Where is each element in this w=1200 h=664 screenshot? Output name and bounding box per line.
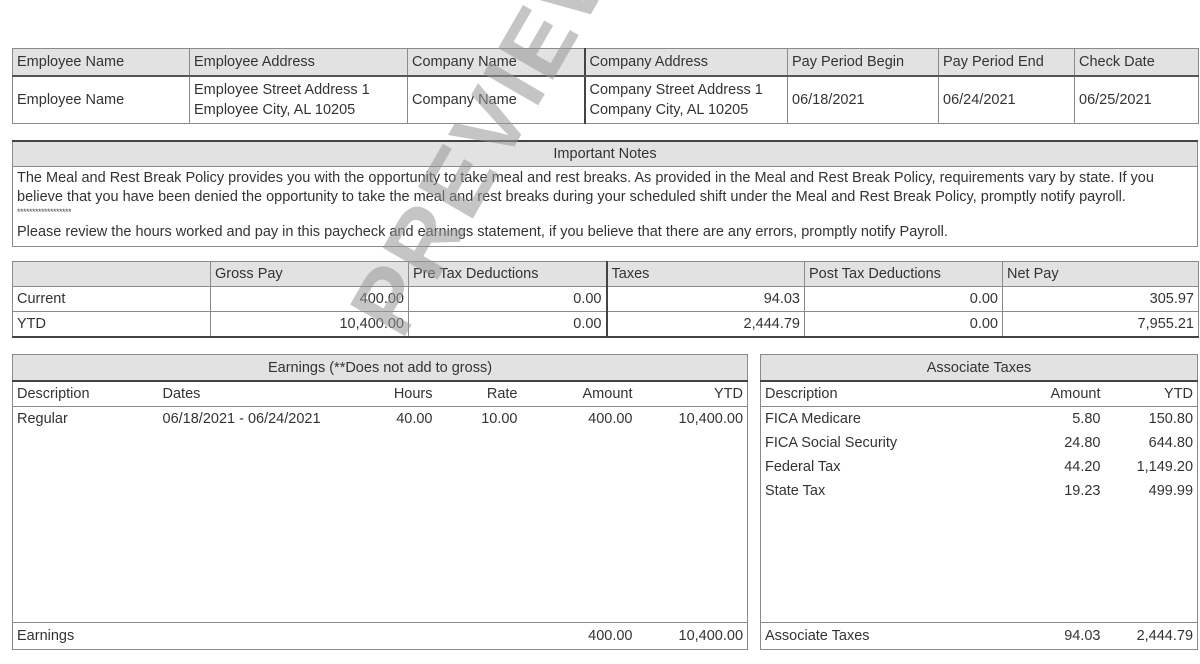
header-pay-period-begin: Pay Period Begin <box>788 49 939 77</box>
pay-period-begin: 06/18/2021 <box>788 76 939 124</box>
employee-address-line2: Employee City, AL 10205 <box>194 100 403 120</box>
table-row: FICA Social Security 24.80 644.80 <box>761 431 1198 455</box>
summary-header-blank <box>13 262 211 287</box>
earning-amount: 400.00 <box>522 407 637 432</box>
col-hours: Hours <box>349 381 437 407</box>
company-name: Company Name <box>408 76 585 124</box>
header-employee-name: Employee Name <box>13 49 190 77</box>
tax-description: FICA Medicare <box>761 407 1011 432</box>
earning-rate: 10.00 <box>437 407 522 432</box>
earnings-total-label: Earnings <box>13 623 522 650</box>
taxes-ytd: 2,444.79 <box>607 312 805 338</box>
tax-description: FICA Social Security <box>761 431 1011 455</box>
info-value-row: Employee Name Employee Street Address 1 … <box>13 76 1199 124</box>
earnings-column-headers: Description Dates Hours Rate Amount YTD <box>13 381 748 407</box>
earning-dates: 06/18/2021 - 06/24/2021 <box>159 407 349 432</box>
taxes-current: 94.03 <box>607 287 805 312</box>
table-row: State Tax 19.23 499.99 <box>761 479 1198 503</box>
tax-ytd: 644.80 <box>1105 431 1198 455</box>
table-row: Federal Tax 44.20 1,149.20 <box>761 455 1198 479</box>
earning-hours: 40.00 <box>349 407 437 432</box>
notes-paragraph-2: Please review the hours worked and pay i… <box>17 223 1193 242</box>
summary-header-posttax: Post Tax Deductions <box>805 262 1003 287</box>
earnings-table: Earnings (**Does not add to gross) Descr… <box>12 354 748 650</box>
net-pay-current: 305.97 <box>1003 287 1199 312</box>
tax-amount: 44.20 <box>1011 455 1105 479</box>
employee-info-table: Employee Name Employee Address Company N… <box>12 48 1199 124</box>
col-description: Description <box>13 381 159 407</box>
notes-title: Important Notes <box>13 141 1198 167</box>
pay-summary-table: Gross Pay Pre Tax Deductions Taxes Post … <box>12 261 1199 338</box>
earnings-total-amount: 400.00 <box>522 623 637 650</box>
tax-ytd: 499.99 <box>1105 479 1198 503</box>
gross-pay-current: 400.00 <box>211 287 409 312</box>
associate-taxes-total-label: Associate Taxes <box>761 623 1011 650</box>
earning-description: Regular <box>13 407 159 432</box>
associate-taxes-total-ytd: 2,444.79 <box>1105 623 1198 650</box>
earnings-title: Earnings (**Does not add to gross) <box>13 355 748 382</box>
notes-separator: ****************** <box>17 207 1193 217</box>
col-dates: Dates <box>159 381 349 407</box>
posttax-current: 0.00 <box>805 287 1003 312</box>
col-ytd: YTD <box>637 381 748 407</box>
col-description: Description <box>761 381 1011 407</box>
summary-header-pretax: Pre Tax Deductions <box>409 262 607 287</box>
tax-ytd: 1,149.20 <box>1105 455 1198 479</box>
info-header-row: Employee Name Employee Address Company N… <box>13 49 1199 77</box>
col-amount: Amount <box>522 381 637 407</box>
col-amount: Amount <box>1011 381 1105 407</box>
tax-ytd: 150.80 <box>1105 407 1198 432</box>
header-pay-period-end: Pay Period End <box>939 49 1075 77</box>
header-company-name: Company Name <box>408 49 585 77</box>
header-employee-address: Employee Address <box>190 49 408 77</box>
summary-row-current: Current 400.00 0.00 94.03 0.00 305.97 <box>13 287 1199 312</box>
company-address-line1: Company Street Address 1 <box>590 80 784 100</box>
notes-body: The Meal and Rest Break Policy provides … <box>13 167 1198 247</box>
header-check-date: Check Date <box>1075 49 1199 77</box>
important-notes: Important Notes The Meal and Rest Break … <box>12 140 1198 247</box>
employee-address: Employee Street Address 1 Employee City,… <box>190 76 408 124</box>
notes-paragraph-1: The Meal and Rest Break Policy provides … <box>17 169 1193 207</box>
earning-ytd: 10,400.00 <box>637 407 748 432</box>
associate-taxes-table: Associate Taxes Description Amount YTD F… <box>760 354 1198 650</box>
earnings-total-row: Earnings 400.00 10,400.00 <box>13 623 748 650</box>
associate-taxes-total-row: Associate Taxes 94.03 2,444.79 <box>761 623 1198 650</box>
table-row: FICA Medicare 5.80 150.80 <box>761 407 1198 432</box>
pretax-ytd: 0.00 <box>409 312 607 338</box>
summary-header-gross: Gross Pay <box>211 262 409 287</box>
tax-amount: 5.80 <box>1011 407 1105 432</box>
col-rate: Rate <box>437 381 522 407</box>
associate-taxes-title: Associate Taxes <box>761 355 1198 382</box>
posttax-ytd: 0.00 <box>805 312 1003 338</box>
tax-description: Federal Tax <box>761 455 1011 479</box>
tax-amount: 19.23 <box>1011 479 1105 503</box>
associate-taxes-column-headers: Description Amount YTD <box>761 381 1198 407</box>
summary-header-taxes: Taxes <box>607 262 805 287</box>
pretax-current: 0.00 <box>409 287 607 312</box>
col-ytd: YTD <box>1105 381 1198 407</box>
tax-amount: 24.80 <box>1011 431 1105 455</box>
tax-description: State Tax <box>761 479 1011 503</box>
check-date: 06/25/2021 <box>1075 76 1199 124</box>
summary-header-net: Net Pay <box>1003 262 1199 287</box>
earnings-total-ytd: 10,400.00 <box>637 623 748 650</box>
summary-row-ytd: YTD 10,400.00 0.00 2,444.79 0.00 7,955.2… <box>13 312 1199 338</box>
employee-address-line1: Employee Street Address 1 <box>194 80 403 100</box>
pay-period-end: 06/24/2021 <box>939 76 1075 124</box>
employee-name: Employee Name <box>13 76 190 124</box>
associate-taxes-total-amount: 94.03 <box>1011 623 1105 650</box>
company-address-line2: Company City, AL 10205 <box>590 100 784 120</box>
summary-label: Current <box>13 287 211 312</box>
header-company-address: Company Address <box>585 49 788 77</box>
company-address: Company Street Address 1 Company City, A… <box>585 76 788 124</box>
table-row: Regular 06/18/2021 - 06/24/2021 40.00 10… <box>13 407 748 432</box>
summary-label: YTD <box>13 312 211 338</box>
net-pay-ytd: 7,955.21 <box>1003 312 1199 338</box>
summary-header-row: Gross Pay Pre Tax Deductions Taxes Post … <box>13 262 1199 287</box>
gross-pay-ytd: 10,400.00 <box>211 312 409 338</box>
